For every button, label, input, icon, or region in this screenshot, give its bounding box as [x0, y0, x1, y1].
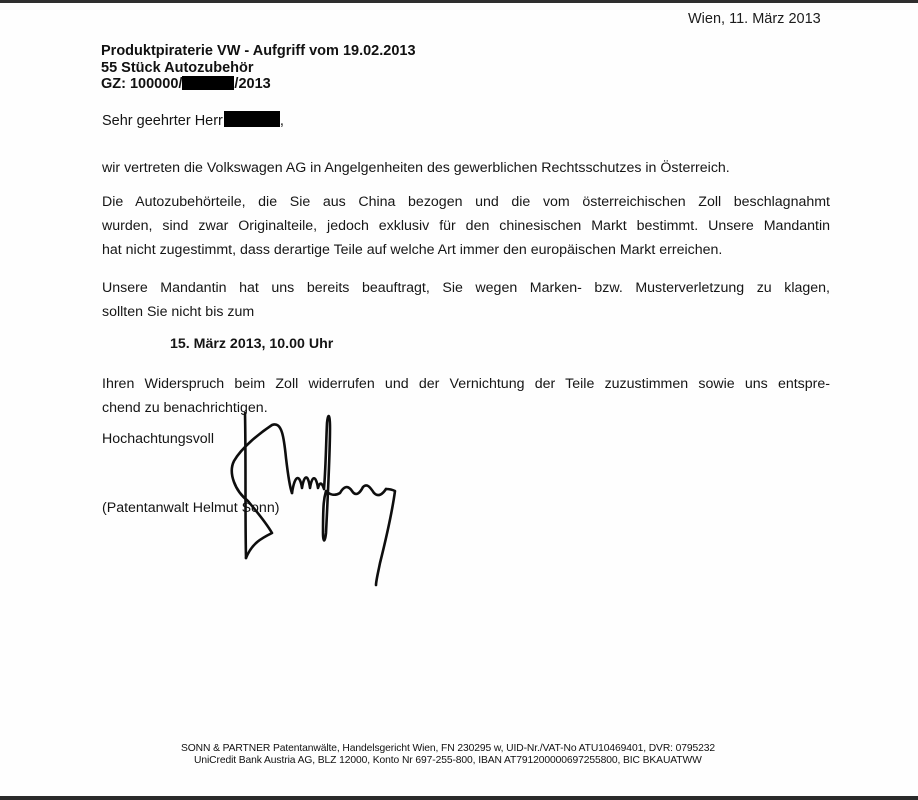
salutation-text: Sehr geehrter Herr [102, 113, 223, 129]
closing: Hochachtungsvoll [102, 431, 214, 447]
paragraph-representation: wir vertreten die Volkswagen AG in Angel… [102, 156, 830, 180]
paragraph-threat: Unsere Mandantin hat uns bereits beauftr… [102, 276, 830, 324]
subject-line-2: 55 Stück Autozubehör [101, 60, 416, 77]
footer-company-line: SONN & PARTNER Patentanwälte, Handelsger… [181, 743, 715, 755]
salutation-comma: , [280, 113, 284, 129]
salutation: Sehr geehrter Herr, [102, 111, 284, 129]
redaction-bar [224, 111, 280, 127]
paragraph-line: Ihren Widerspruch beim Zoll widerrufen u… [102, 372, 830, 396]
paragraph-facts: Die Autozubehörteile, die Sie aus China … [102, 190, 830, 262]
bottom-scan-border [0, 796, 918, 800]
gz-suffix: /2013 [234, 76, 270, 92]
gz-prefix: GZ: 100000/ [101, 76, 182, 92]
paragraph-line: Die Autozubehörteile, die Sie aus China … [102, 190, 830, 214]
paragraph-line: hat nicht zugestimmt, dass derartige Tei… [102, 238, 830, 262]
paragraph-line: wir vertreten die Volkswagen AG in Angel… [102, 156, 830, 180]
paragraph-line: wurden, sind zwar Originalteile, jedoch … [102, 214, 830, 238]
place-date: Wien, 11. März 2013 [688, 11, 821, 27]
paragraph-line: Unsere Mandantin hat uns bereits beauftr… [102, 276, 830, 300]
paragraph-demand: Ihren Widerspruch beim Zoll widerrufen u… [102, 372, 830, 420]
handwritten-signature-icon [220, 403, 420, 593]
subject-block: Produktpiraterie VW - Aufgriff vom 19.02… [101, 43, 416, 93]
letter-page: Wien, 11. März 2013 Produktpiraterie VW … [0, 3, 918, 796]
deadline: 15. März 2013, 10.00 Uhr [170, 336, 333, 352]
reference-number: GZ: 100000//2013 [101, 76, 416, 93]
subject-line-1: Produktpiraterie VW - Aufgriff vom 19.02… [101, 43, 416, 60]
paragraph-line: sollten Sie nicht bis zum [102, 300, 830, 324]
footer-bank-line: UniCredit Bank Austria AG, BLZ 12000, Ko… [194, 755, 702, 767]
redaction-bar [182, 76, 234, 90]
paragraph-line: chend zu benachrichtigen. [102, 396, 830, 420]
